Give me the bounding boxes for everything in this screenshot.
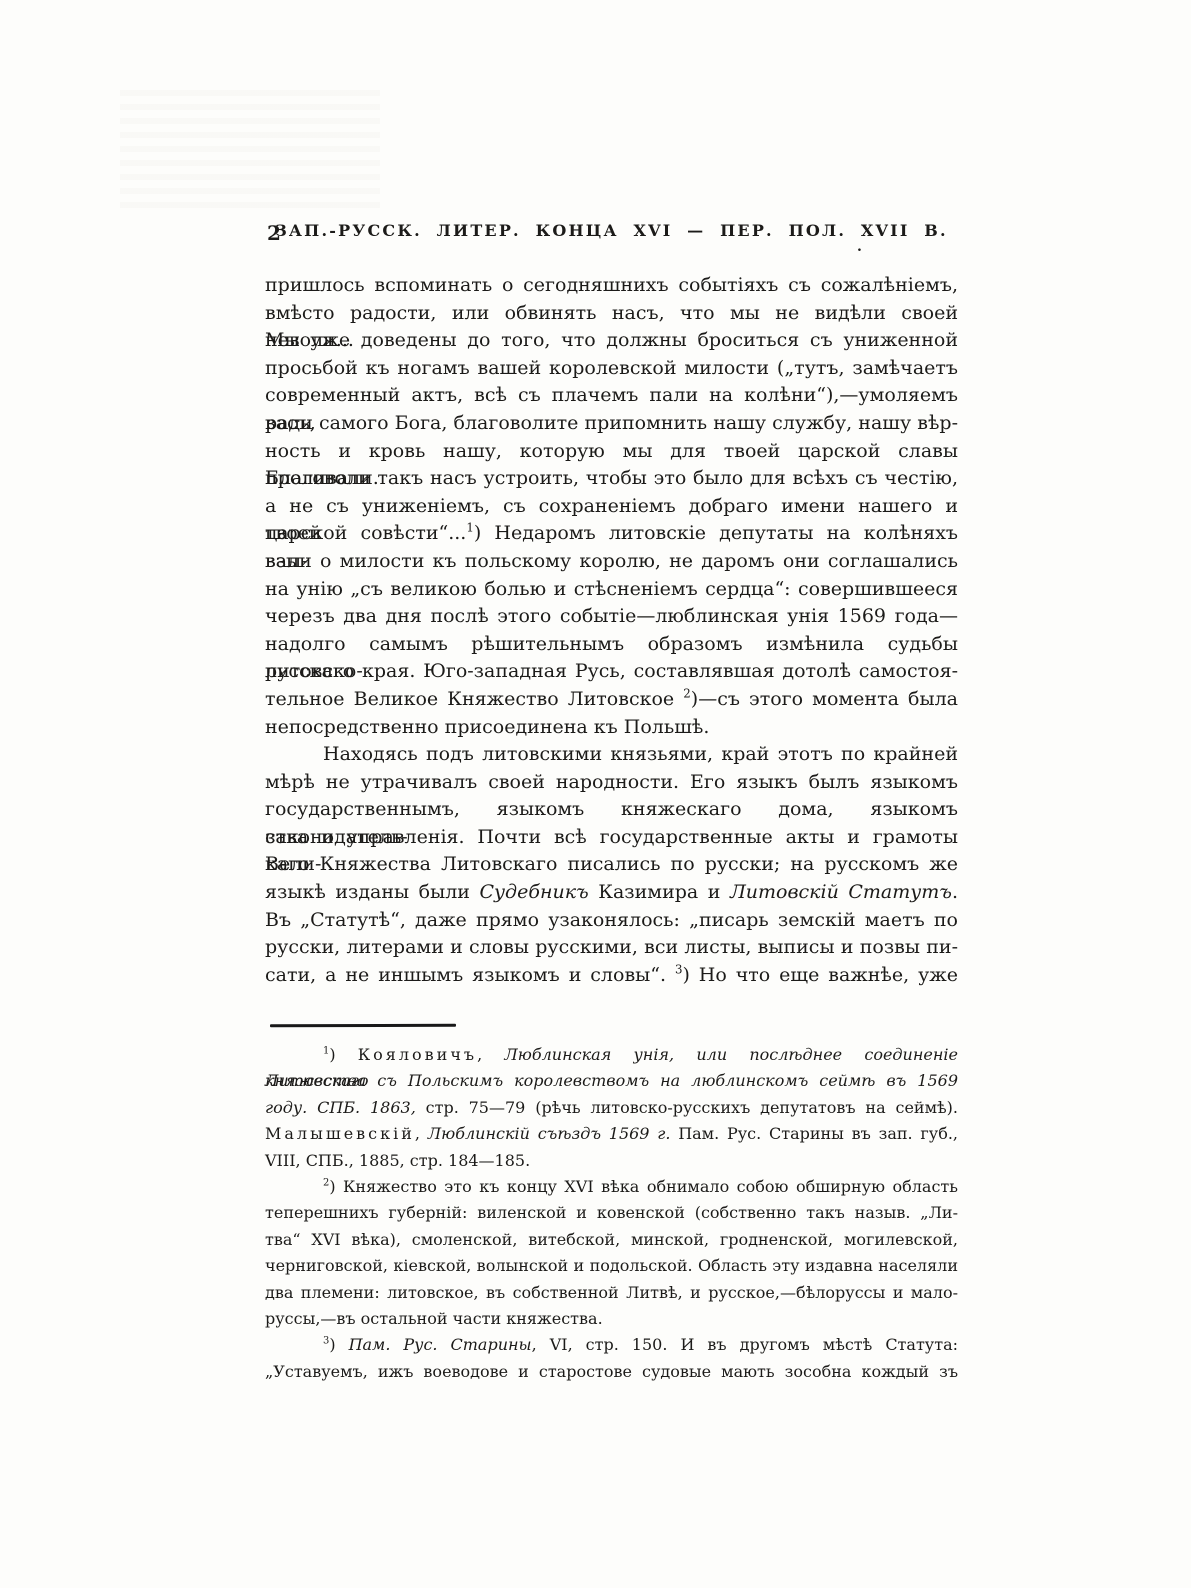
text-line: два племени: литовское, въ собственной Л… — [265, 1280, 958, 1306]
text-line: мѣрѣ не утрачивалъ своей народности. Его… — [265, 769, 958, 797]
footnotes: 1) Кояловичъ, Люблинская унія, или послѣ… — [265, 1042, 958, 1385]
text-line: „Уставуемъ, ижъ воеводове и старостове с… — [265, 1359, 958, 1385]
paragraph: Находясь подъ литовскими князьями, край … — [265, 741, 958, 989]
text-line: теперешнихъ губерній: виленской и ковенс… — [265, 1200, 958, 1226]
text-line: вали о милости къ польскому королю, не д… — [265, 548, 958, 576]
text-line: надолго самымъ рѣшительнымъ образомъ изм… — [265, 631, 958, 659]
text-line: русскаго края. Юго-западная Русь, состав… — [265, 658, 958, 686]
show-through-artifact — [120, 90, 380, 210]
text-line: руссы,—въ остальной части княжества. — [265, 1306, 958, 1332]
paragraph: пришлось вспоминать о сегодняшнихъ событ… — [265, 272, 958, 741]
text-line: году. СПБ. 1863, стр. 75—79 (рѣчь литовс… — [265, 1095, 958, 1121]
body-text: пришлось вспоминать о сегодняшнихъ событ… — [265, 272, 958, 989]
text-line: царской совѣсти“...1) Недаромъ литовскіе… — [265, 520, 958, 548]
running-header: 2 ЗАП.-РУССК. ЛИТЕР. КОНЦА XVI — ПЕР. ПО… — [265, 221, 958, 249]
footnote: 3) Пам. Рус. Старины, VI, стр. 150. И въ… — [265, 1332, 958, 1385]
text-line: русски, литерами и словы русскими, вси л… — [265, 934, 958, 962]
text-line: ства и управленія. Почти всѣ государстве… — [265, 824, 958, 852]
text-line: вмѣсто радости, или обвинять насъ, что м… — [265, 300, 958, 328]
text-line: непосредственно присоединена къ Польшѣ. — [265, 714, 958, 742]
text-line: языкѣ изданы были Судебникъ Казимира и Л… — [265, 879, 958, 907]
text-line: тва“ XVI вѣка), смоленской, витебской, м… — [265, 1227, 958, 1253]
text-line: ность и кровь нашу, которую мы для твоей… — [265, 438, 958, 466]
text-line: современный актъ, всѣ съ плачемъ пали на… — [265, 382, 958, 410]
text-line: VIII, СПБ., 1885, стр. 184—185. — [265, 1148, 958, 1174]
text-line: каго Княжества Литовскаго писались по ру… — [265, 851, 958, 879]
text-line: Малышевскій, Люблинскій съѣздъ 1569 г. П… — [265, 1121, 958, 1147]
text-line: государственнымъ, языкомъ княжескаго дом… — [265, 796, 958, 824]
book-page: 2 ЗАП.-РУССК. ЛИТЕР. КОНЦА XVI — ПЕР. ПО… — [0, 0, 1191, 1588]
text-line: пришлось вспоминать о сегодняшнихъ событ… — [265, 272, 958, 300]
text-line: Въ „Статутѣ“, даже прямо узаконялось: „п… — [265, 907, 958, 935]
text-line: 2) Княжество это къ концу XVI вѣка обним… — [265, 1174, 958, 1200]
text-line: просьбой къ ногамъ вашей королевской мил… — [265, 355, 958, 383]
page-number: 2 — [267, 221, 282, 245]
ink-dot-artifact: . — [857, 239, 862, 255]
text-line: Находясь подъ литовскими князьями, край … — [265, 741, 958, 769]
text-line: Благоволи такъ насъ устроить, чтобы это … — [265, 465, 958, 493]
text-line: 3) Пам. Рус. Старины, VI, стр. 150. И въ… — [265, 1332, 958, 1358]
text-line: Мы уже доведены до того, что должны брос… — [265, 327, 958, 355]
text-line: княжества съ Польскимъ королевствомъ на … — [265, 1068, 958, 1094]
text-line: 1) Кояловичъ, Люблинская унія, или послѣ… — [265, 1042, 958, 1068]
footnote: 2) Княжество это къ концу XVI вѣка обним… — [265, 1174, 958, 1332]
text-line: ради самого Бога, благоволите припомнить… — [265, 410, 958, 438]
text-line: на унію „съ великою болью и стѣсненіемъ … — [265, 576, 958, 604]
text-line: черезъ два дня послѣ этого событіе—любли… — [265, 603, 958, 631]
text-line: тельное Великое Княжество Литовское 2)—с… — [265, 686, 958, 714]
text-line: черниговской, кіевской, волынской и подо… — [265, 1253, 958, 1279]
header-title: ЗАП.-РУССК. ЛИТЕР. КОНЦА XVI — ПЕР. ПОЛ.… — [265, 221, 958, 240]
footnote: 1) Кояловичъ, Люблинская унія, или послѣ… — [265, 1042, 958, 1174]
text-line: а не съ униженіемъ, съ сохраненіемъ добр… — [265, 493, 958, 521]
footnote-separator — [270, 1024, 456, 1027]
text-line: сати, а не иншымъ языкомъ и словы“. 3) Н… — [265, 962, 958, 990]
